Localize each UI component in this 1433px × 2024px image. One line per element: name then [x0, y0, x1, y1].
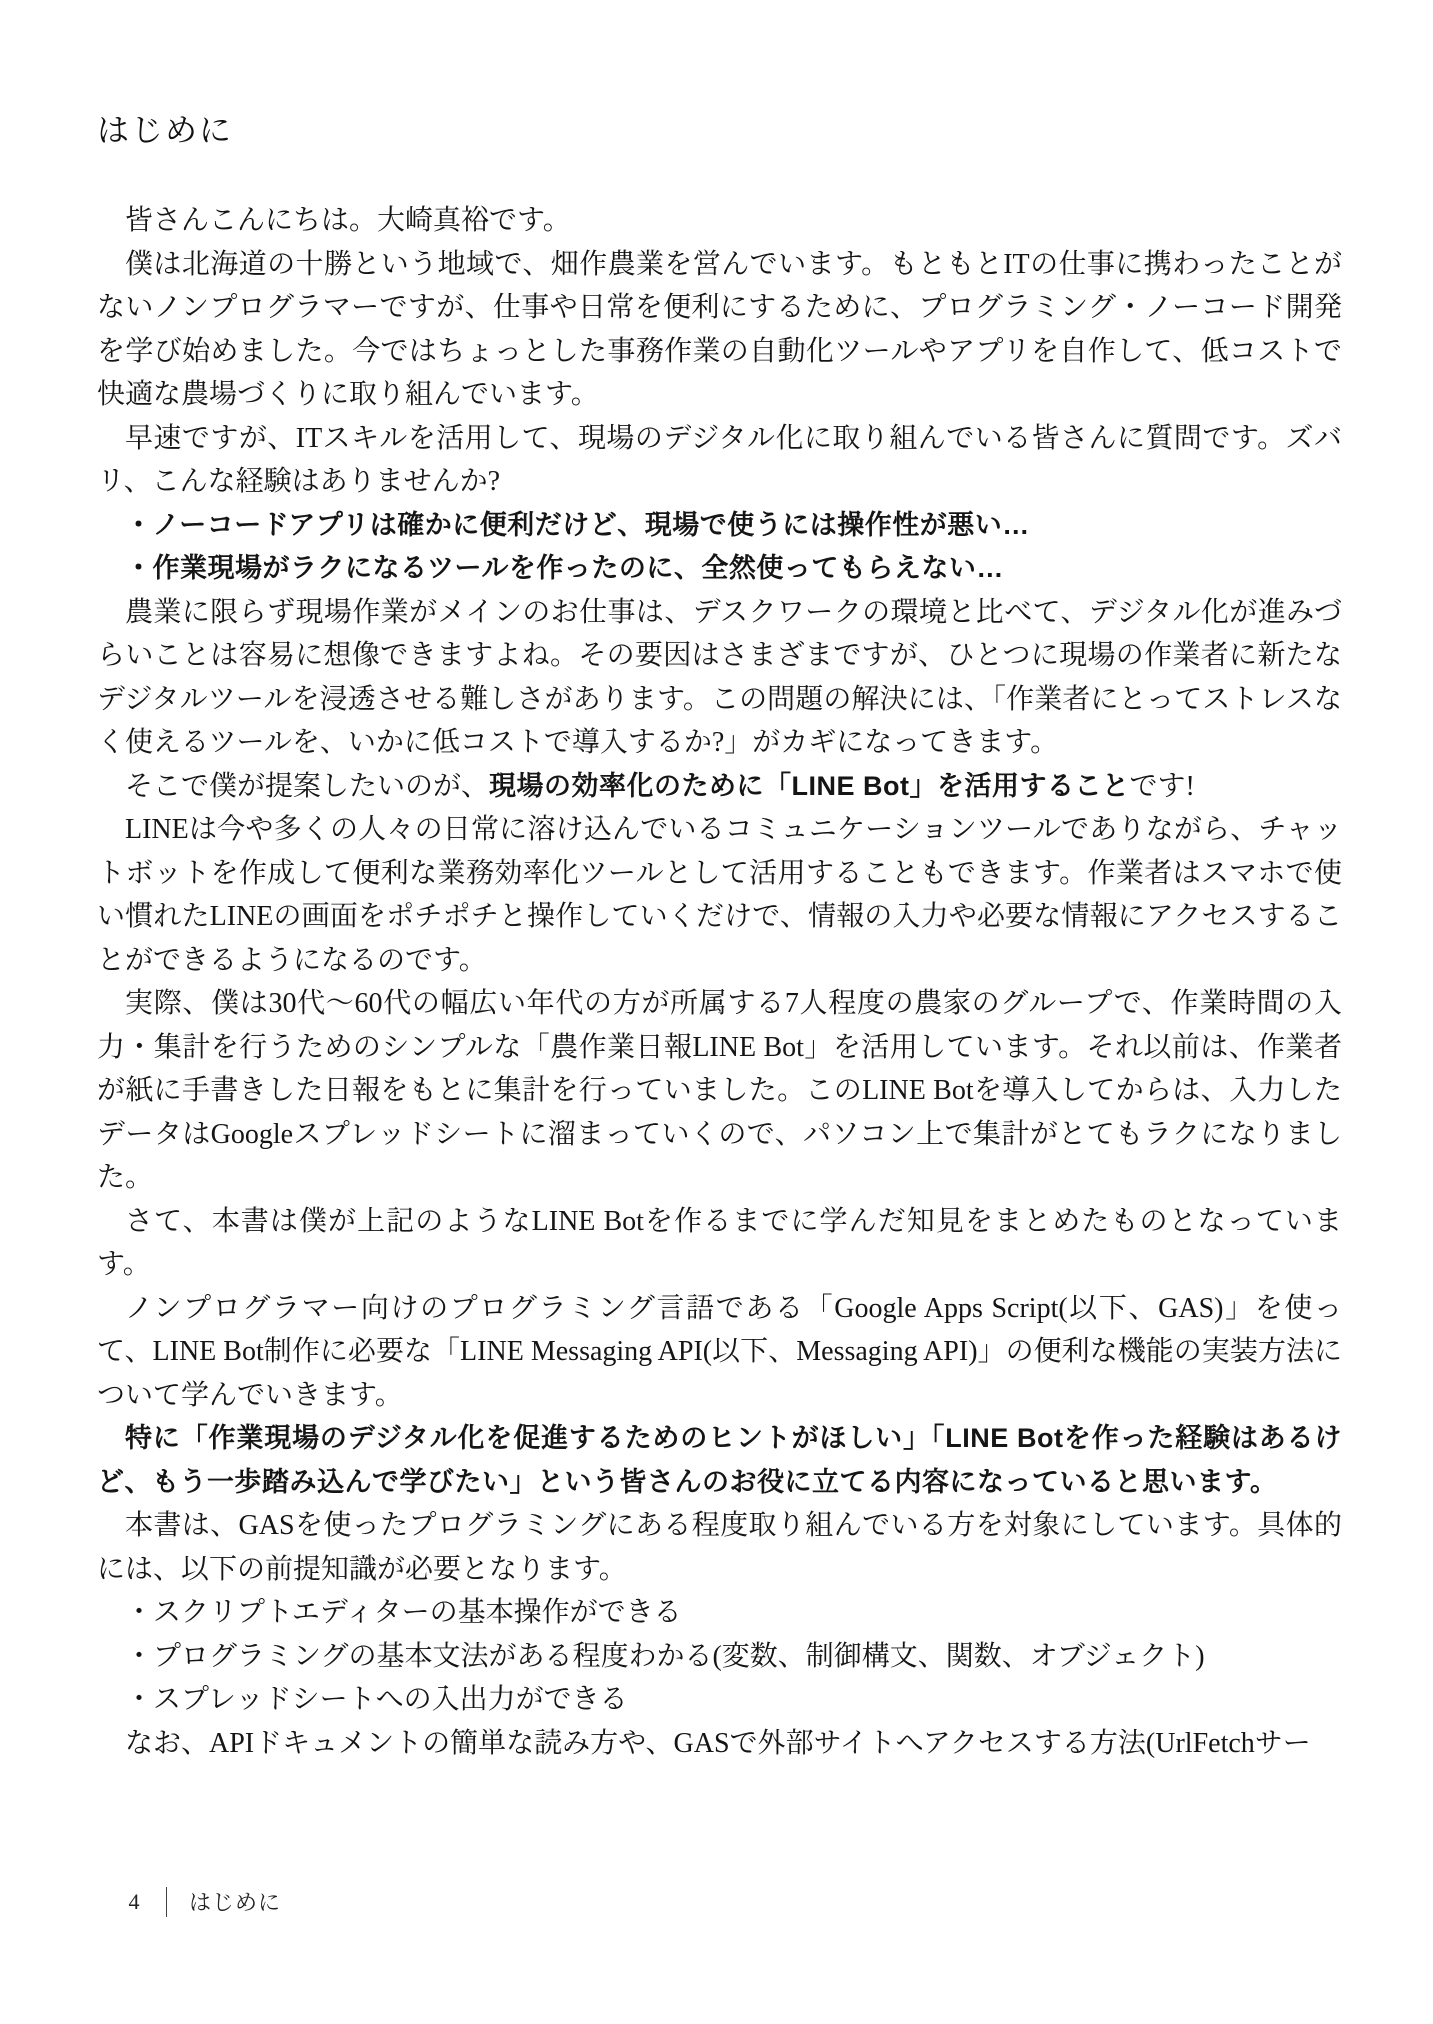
page-number: 4 — [120, 1889, 148, 1915]
paragraph: ノンプログラマー向けのプログラミング言語である「Google Apps Scri… — [97, 1287, 1342, 1418]
page-content: 皆さんこんにちは。大崎真裕です。僕は北海道の十勝という地域で、畑作農業を営んでい… — [97, 199, 1342, 1765]
body-text: ・スプレッドシートへの入出力ができる — [125, 1684, 628, 1715]
body-text: ・プログラミングの基本文法がある程度わかる(変数、制御構文、関数、オブジェクト) — [125, 1641, 1205, 1672]
body-text: さて、本書は僕が上記のようなLINE Botを作るまでに学んだ知見をまとめたもの… — [97, 1206, 1342, 1281]
paragraph: LINEは今や多くの人々の日常に溶け込んでいるコミュニケーションツールでありなが… — [97, 808, 1342, 982]
paragraph: ・ノーコードアプリは確かに便利だけど、現場で使うには操作性が悪い… — [97, 504, 1342, 548]
paragraph: ・作業現場がラクになるツールを作ったのに、全然使ってもらえない… — [97, 547, 1342, 591]
body-text: 僕は北海道の十勝という地域で、畑作農業を営んでいます。もともとITの仕事に携わっ… — [97, 249, 1342, 411]
paragraph: 皆さんこんにちは。大崎真裕です。 — [97, 199, 1342, 243]
body-text: ノンプログラマー向けのプログラミング言語である「Google Apps Scri… — [97, 1293, 1342, 1411]
emphasis-text: 現場の効率化のために「LINE Bot」を活用すること — [489, 771, 1130, 801]
emphasis-text: 特に「作業現場のデジタル化を促進するためのヒントがほしい」「LINE Botを作… — [97, 1423, 1342, 1497]
body-text: LINEは今や多くの人々の日常に溶け込んでいるコミュニケーションツールでありなが… — [97, 814, 1342, 976]
page-title: はじめに — [97, 105, 233, 151]
paragraph: 僕は北海道の十勝という地域で、畑作農業を営んでいます。もともとITの仕事に携わっ… — [97, 243, 1342, 417]
body-text: なお、APIドキュメントの簡単な読み方や、GASで外部サイトへアクセスする方法(… — [125, 1728, 1311, 1759]
paragraph: 実際、僕は30代〜60代の幅広い年代の方が所属する7人程度の農家のグループで、作… — [97, 982, 1342, 1200]
body-text: そこで僕が提案したいのが、 — [125, 771, 489, 802]
body-text: です! — [1130, 771, 1195, 802]
paragraph: さて、本書は僕が上記のようなLINE Botを作るまでに学んだ知見をまとめたもの… — [97, 1200, 1342, 1287]
body-text: 本書は、GASを使ったプログラミングにある程度取り組んでいる方を対象にしています… — [97, 1510, 1342, 1585]
body-text: 実際、僕は30代〜60代の幅広い年代の方が所属する7人程度の農家のグループで、作… — [97, 988, 1342, 1193]
paragraph: 早速ですが、ITスキルを活用して、現場のデジタル化に取り組んでいる皆さんに質問で… — [97, 417, 1342, 504]
paragraph: ・スクリプトエディターの基本操作ができる — [97, 1591, 1342, 1635]
paragraph: ・プログラミングの基本文法がある程度わかる(変数、制御構文、関数、オブジェクト) — [97, 1635, 1342, 1679]
footer-divider — [166, 1887, 167, 1917]
footer-section-label: はじめに — [189, 1886, 281, 1917]
emphasis-text: ・作業現場がラクになるツールを作ったのに、全然使ってもらえない… — [125, 553, 1004, 583]
paragraph: 本書は、GASを使ったプログラミングにある程度取り組んでいる方を対象にしています… — [97, 1504, 1342, 1591]
body-text: 皆さんこんにちは。大崎真裕です。 — [125, 205, 571, 236]
paragraph: 農業に限らず現場作業がメインのお仕事は、デスクワークの環境と比べて、デジタル化が… — [97, 591, 1342, 765]
book-page: はじめに 皆さんこんにちは。大崎真裕です。僕は北海道の十勝という地域で、畑作農業… — [0, 0, 1433, 2024]
paragraph: ・スプレッドシートへの入出力ができる — [97, 1678, 1342, 1722]
paragraph: なお、APIドキュメントの簡単な読み方や、GASで外部サイトへアクセスする方法(… — [97, 1722, 1342, 1766]
paragraph: そこで僕が提案したいのが、現場の効率化のために「LINE Bot」を活用すること… — [97, 765, 1342, 809]
body-text: ・スクリプトエディターの基本操作ができる — [125, 1597, 682, 1628]
body-text: 早速ですが、ITスキルを活用して、現場のデジタル化に取り組んでいる皆さんに質問で… — [97, 423, 1342, 498]
body-text: 農業に限らず現場作業がメインのお仕事は、デスクワークの環境と比べて、デジタル化が… — [97, 597, 1342, 759]
page-footer: 4 はじめに — [120, 1886, 281, 1917]
paragraph: 特に「作業現場のデジタル化を促進するためのヒントがほしい」「LINE Botを作… — [97, 1417, 1342, 1504]
emphasis-text: ・ノーコードアプリは確かに便利だけど、現場で使うには操作性が悪い… — [125, 510, 1030, 540]
